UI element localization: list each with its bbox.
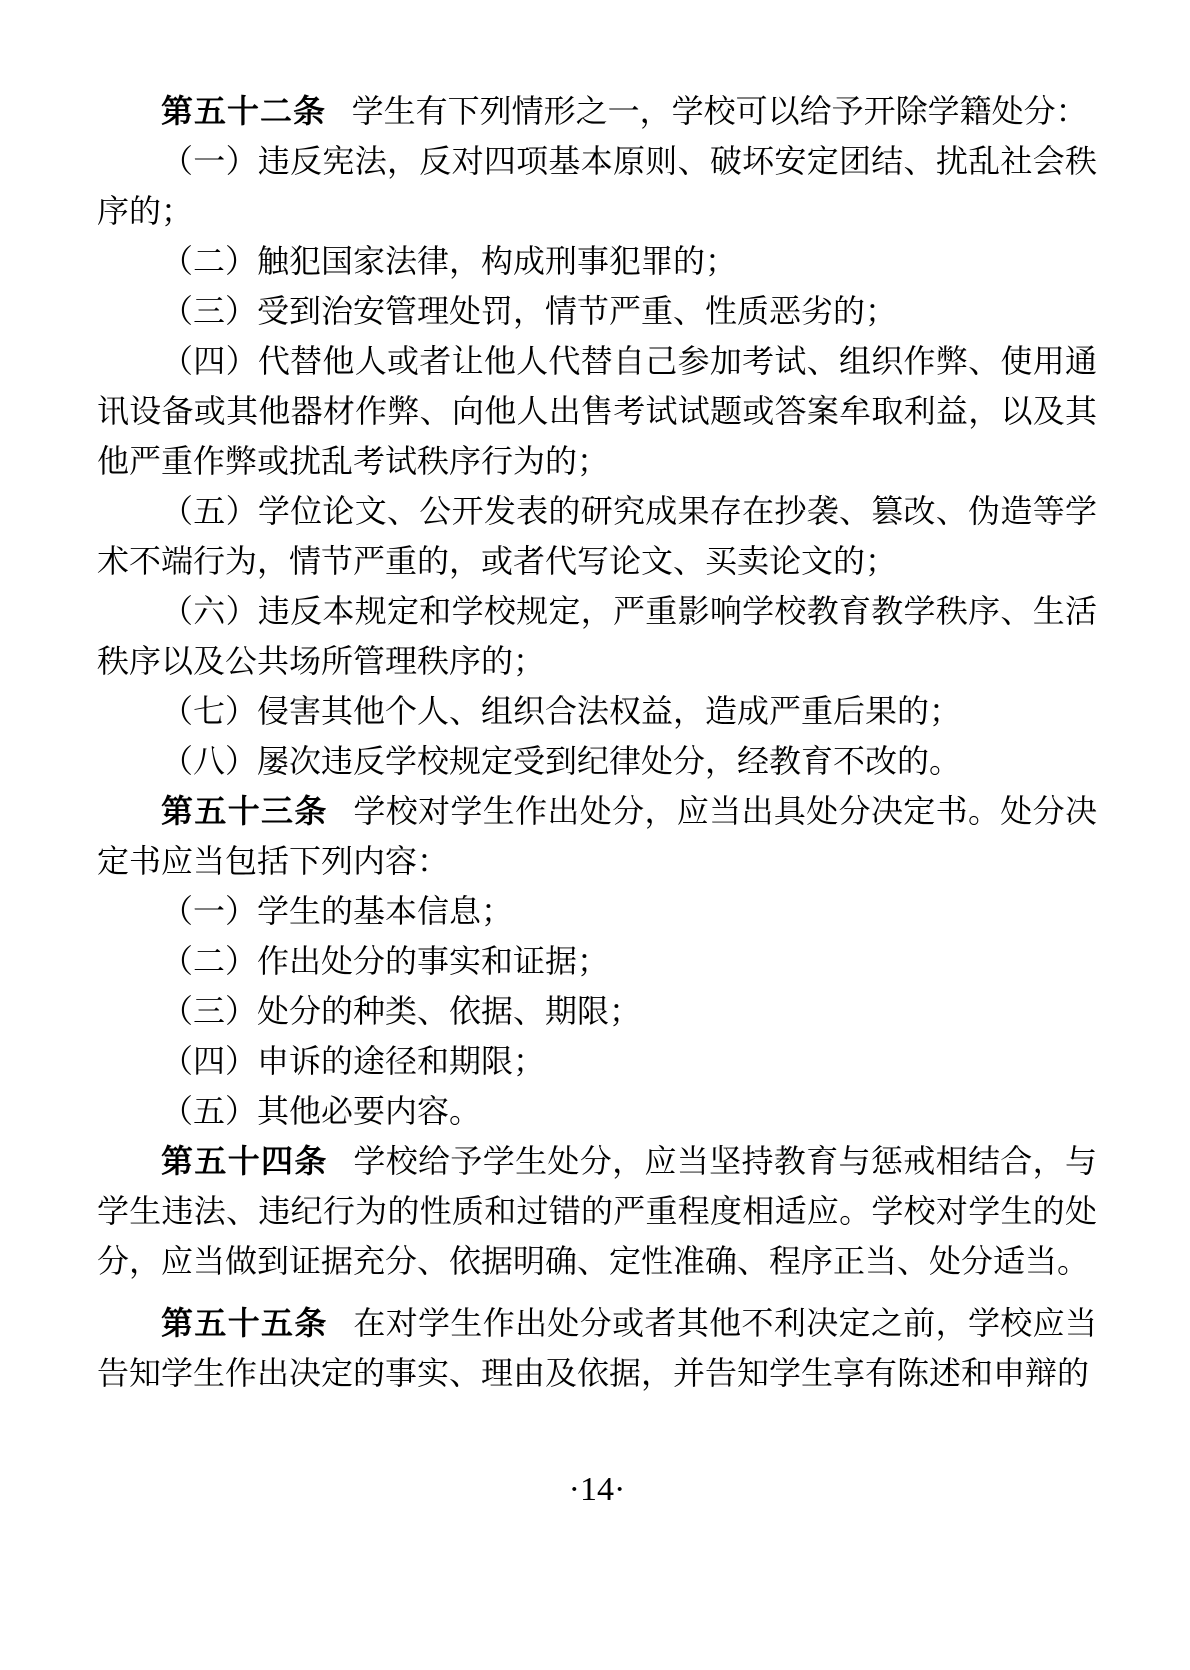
article-52-item-4: （四）代替他人或者让他人代替自己参加考试、组织作弊、使用通讯设备或其他器材作弊、… (97, 336, 1097, 486)
article-52-item-1: （一）违反宪法，反对四项基本原则、破坏安定团结、扰乱社会秩序的； (97, 136, 1097, 236)
article-52-item-2: （二）触犯国家法律，构成刑事犯罪的； (97, 236, 1097, 286)
article-54: 第五十四条学校给予学生处分，应当坚持教育与惩戒相结合，与学生违法、违纪行为的性质… (97, 1136, 1097, 1286)
article-55-number: 第五十五条 (161, 1305, 328, 1341)
article-55: 第五十五条在对学生作出处分或者其他不利决定之前，学校应当告知学生作出决定的事实、… (97, 1298, 1097, 1398)
article-54-number: 第五十四条 (161, 1143, 328, 1179)
article-52-item-3: （三）受到治安管理处罚，情节严重、性质恶劣的； (97, 286, 1097, 336)
article-53-item-4: （四）申诉的途径和期限； (97, 1036, 1097, 1086)
article-53-item-1: （一）学生的基本信息； (97, 886, 1097, 936)
article-53-item-3: （三）处分的种类、依据、期限； (97, 986, 1097, 1036)
article-52-item-8: （八）屡次违反学校规定受到纪律处分，经教育不改的。 (97, 736, 1097, 786)
page-number: ·14· (97, 1470, 1097, 1510)
article-53-item-5: （五）其他必要内容。 (97, 1086, 1097, 1136)
article-52-item-5: （五）学位论文、公开发表的研究成果存在抄袭、篡改、伪造等学术不端行为，情节严重的… (97, 486, 1097, 586)
article-52-number: 第五十二条 (161, 93, 326, 129)
article-53: 第五十三条学校对学生作出处分，应当出具处分决定书。处分决定书应当包括下列内容： (97, 786, 1097, 886)
article-53-number: 第五十三条 (161, 793, 328, 829)
article-52-item-6: （六）违反本规定和学校规定，严重影响学校教育教学秩序、生活秩序以及公共场所管理秩… (97, 586, 1097, 686)
article-53-item-2: （二）作出处分的事实和证据； (97, 936, 1097, 986)
article-52-item-7: （七）侵害其他个人、组织合法权益，造成严重后果的； (97, 686, 1097, 736)
article-52: 第五十二条学生有下列情形之一，学校可以给予开除学籍处分： (97, 86, 1097, 136)
article-52-text: 学生有下列情形之一，学校可以给予开除学籍处分： (352, 93, 1088, 129)
document-page: 第五十二条学生有下列情形之一，学校可以给予开除学籍处分： （一）违反宪法，反对四… (0, 0, 1190, 1670)
document-body: 第五十二条学生有下列情形之一，学校可以给予开除学籍处分： （一）违反宪法，反对四… (97, 86, 1097, 1398)
